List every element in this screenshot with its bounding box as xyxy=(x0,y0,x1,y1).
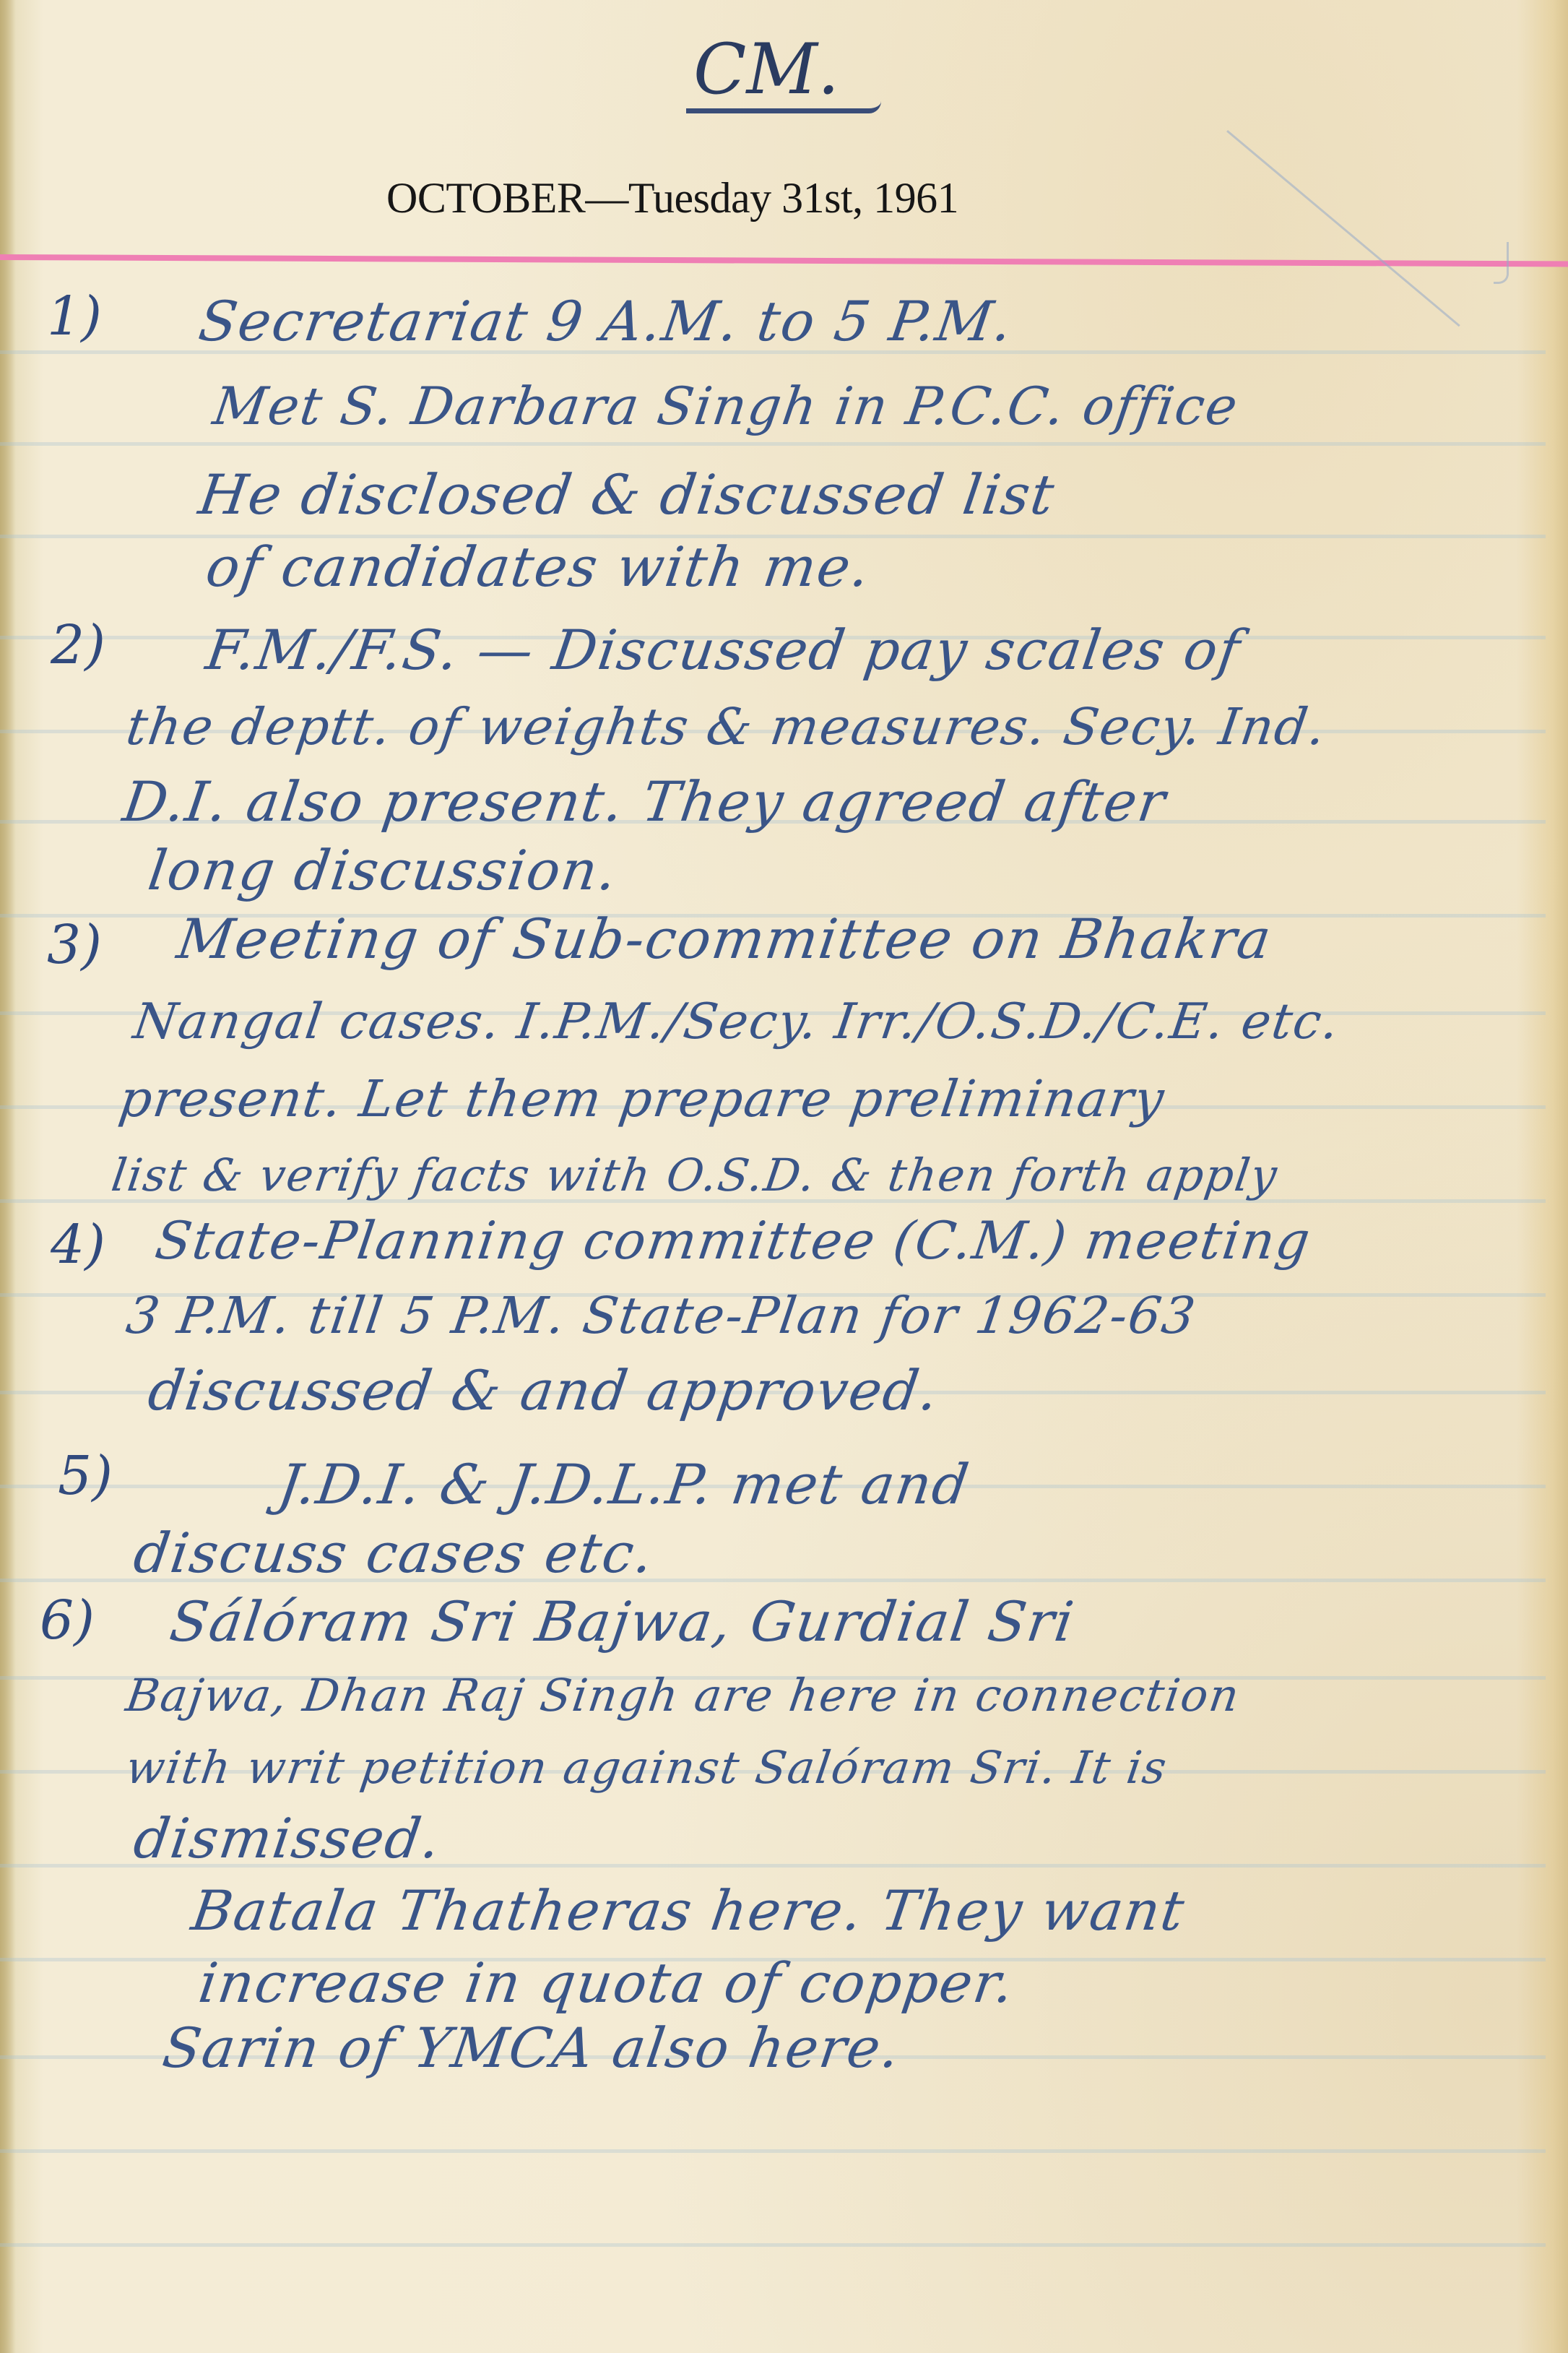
entry-line: Sálóram Sri Bajwa, Gurdial Sri xyxy=(166,1589,1079,1654)
ruled-line xyxy=(0,2149,1546,2153)
entry-line: 3 P.M. till 5 P.M. State-Plan for 1962-6… xyxy=(123,1286,1200,1345)
entry-number: 3) xyxy=(47,914,102,976)
entry-number: 1) xyxy=(47,285,102,347)
entry-line: Met S. Darbara Singh in P.C.C. office xyxy=(209,376,1242,436)
entry-line: list & verify facts with O.S.D. & then f… xyxy=(108,1149,1281,1201)
entry-line: Meeting of Sub-committee on Bhakra xyxy=(173,907,1276,971)
entry-number: 4) xyxy=(51,1214,105,1276)
entry-line: present. Let them prepare preliminary xyxy=(116,1069,1169,1128)
entry-line: F.M./F.S. — Discussed pay scales of xyxy=(202,618,1245,682)
entry-line: the deptt. of weights & measures. Secy. … xyxy=(123,697,1330,756)
date-heading: OCTOBER—Tuesday 31st, 1961 xyxy=(386,173,958,223)
header-underline xyxy=(686,101,881,113)
faint-pencil-stroke xyxy=(1223,130,1460,331)
entry-line: Secretariat 9 A.M. to 5 P.M. xyxy=(195,289,1017,353)
entry-line: of candidates with me. xyxy=(202,535,875,599)
entry-line: Batala Thatheras here. They want xyxy=(188,1878,1190,1943)
entry-line: long discussion. xyxy=(144,838,622,902)
diary-page: CM. OCTOBER—Tuesday 31st, 1961 1) Secret… xyxy=(0,0,1568,2353)
header-initials: CM. xyxy=(693,29,839,110)
entry-line: increase in quota of copper. xyxy=(195,1951,1019,2015)
entry-line: with writ petition against Salóram Sri. … xyxy=(123,1741,1171,1794)
entry-line: Bajwa, Dhan Raj Singh are here in connec… xyxy=(123,1669,1244,1722)
entry-line: Nangal cases. I.P.M./Secy. Irr./O.S.D./C… xyxy=(130,993,1343,1050)
entry-number: 5) xyxy=(58,1445,113,1507)
entry-line: D.I. also present. They agreed after xyxy=(119,769,1171,834)
entry-line: He disclosed & discussed list xyxy=(195,462,1060,527)
entry-line: State-Planning committee (C.M.) meeting xyxy=(152,1210,1315,1271)
entry-number: 2) xyxy=(51,614,105,676)
ruled-line xyxy=(0,442,1546,446)
pink-margin-rule xyxy=(0,254,1568,267)
entry-line: discuss cases etc. xyxy=(130,1521,658,1585)
ruled-line xyxy=(0,2243,1546,2247)
entry-line: discussed & and approved. xyxy=(144,1358,943,1422)
entry-line: J.D.I. & J.D.L.P. met and xyxy=(274,1452,974,1516)
entry-number: 6) xyxy=(40,1589,95,1652)
faint-pencil-hook xyxy=(1494,242,1509,284)
entry-line: dismissed. xyxy=(130,1806,446,1870)
entry-line: Sarin of YMCA also here. xyxy=(159,2016,905,2080)
